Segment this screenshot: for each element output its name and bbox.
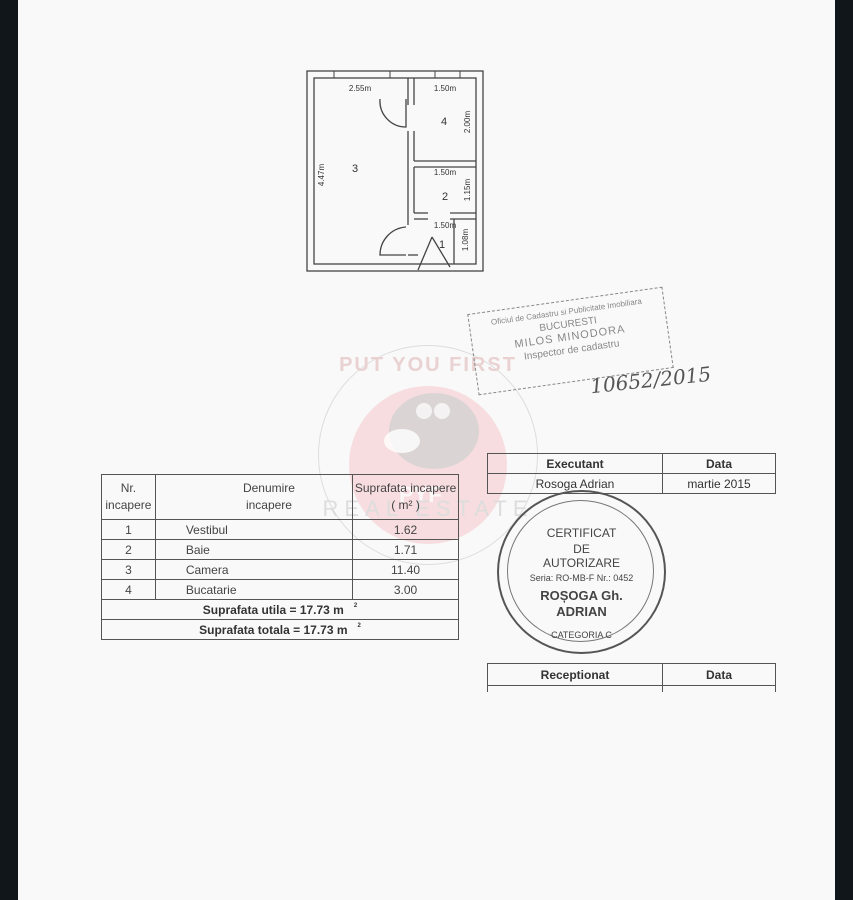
- room-label-4: 4: [441, 116, 447, 128]
- total-area-row: Suprafata totala = 17.73 m2: [102, 620, 459, 640]
- svg-text:1.08m: 1.08m: [461, 229, 470, 252]
- floor-plan: 2.55m 1.50m 1.50m 1.50m 4.47m 2.00m 1.15…: [300, 65, 490, 280]
- dog-mascot-icon: [374, 386, 484, 476]
- receptionat-header: Receptionat: [488, 664, 663, 686]
- header-nr: Nr.incapere: [102, 475, 156, 520]
- table-row: 1 Vestibul 1.62: [102, 520, 459, 540]
- svg-text:2.00m: 2.00m: [463, 111, 472, 134]
- header-name: Denumireincapere: [155, 475, 352, 520]
- table-header-row: Nr.incapere Denumireincapere Suprafata i…: [102, 475, 459, 520]
- room-label-2: 2: [442, 191, 448, 203]
- data-header: Data: [663, 454, 776, 474]
- svg-text:4.47m: 4.47m: [317, 164, 326, 187]
- svg-text:1.15m: 1.15m: [463, 179, 472, 202]
- svg-text:2.55m: 2.55m: [349, 84, 372, 93]
- room-label-1: 1: [439, 239, 445, 251]
- usable-area: Suprafata utila = 17.73 m: [203, 603, 344, 617]
- room-area-table: Nr.incapere Denumireincapere Suprafata i…: [101, 474, 459, 640]
- svg-text:1.50m: 1.50m: [434, 168, 457, 177]
- svg-text:1.50m: 1.50m: [434, 221, 457, 230]
- usable-area-row: Suprafata utila = 17.73 m2: [102, 600, 459, 620]
- header-area: Suprafata incapere( m² ): [353, 475, 459, 520]
- authorization-certificate-stamp: CERTIFICAT DE AUTORIZARE Seria: RO-MB-F …: [497, 490, 666, 654]
- receptionat-table: Receptionat Data: [487, 663, 776, 692]
- svg-text:1.50m: 1.50m: [434, 84, 457, 93]
- stamp-inner-ring: [507, 500, 654, 642]
- total-area: Suprafata totala = 17.73 m: [199, 623, 347, 637]
- table-row: 2 Baie 1.71: [102, 540, 459, 560]
- executant-date: martie 2015: [663, 474, 776, 494]
- table-row: 4 Bucatarie 3.00: [102, 580, 459, 600]
- room-label-3: 3: [352, 163, 358, 175]
- table-row: 3 Camera 11.40: [102, 560, 459, 580]
- executant-header: Executant: [488, 454, 663, 474]
- receptionat-date-header: Data: [663, 664, 776, 686]
- executant-table: Executant Data Rosoga Adrian martie 2015: [487, 453, 776, 494]
